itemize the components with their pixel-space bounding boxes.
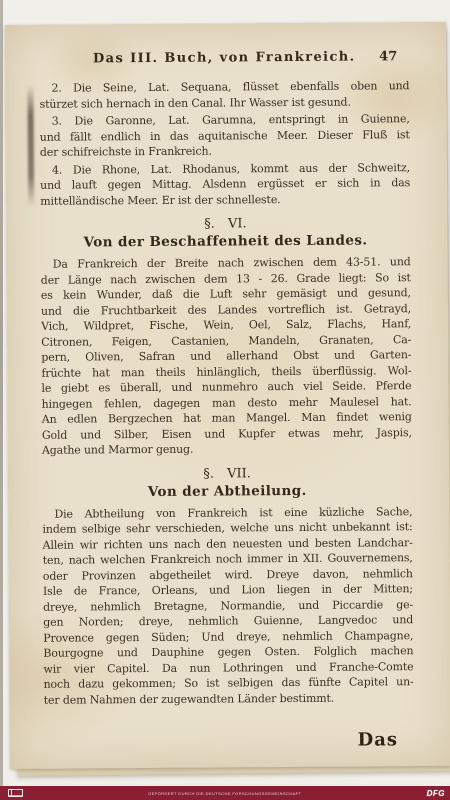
paragraph-rhone: 4. Die Rhone, Lat. Rhodanus, kommt aus d…: [40, 160, 410, 209]
section-heading-vii: Von der Abtheilung.: [42, 481, 412, 502]
text-line: An edlen Bergzechen hat man Mangel. Man …: [42, 409, 412, 427]
ink-stain: [27, 85, 34, 207]
text-line: stürzet sich hernach in den Canal. Ihr W…: [39, 94, 409, 112]
text-line: indem selbige sehr verschieden, welche u…: [42, 519, 412, 537]
page-number: 47: [379, 48, 397, 65]
text-line: 2. Die Seine, Lat. Sequana, flüsset eben…: [39, 78, 409, 96]
text-line: mittelländische Meer. Er ist der schnell…: [40, 191, 410, 209]
text-line: und lauft gegen Mittag. Alsdenn ergüsset…: [40, 175, 410, 193]
text-line: es kein Wunder, daß die Luft sehr gemäsi…: [41, 285, 411, 303]
running-header-title: Das III. Buch, von Frankreich.: [93, 50, 356, 67]
text-line: der schifreichste in Frankreich.: [40, 142, 410, 160]
text-line: und fällt endlich in das aquitanische Me…: [40, 127, 410, 145]
catchword: Das: [44, 729, 414, 753]
text-line: noch dazu gekommen; So ist selbigen das …: [44, 674, 414, 692]
text-line: Agathe und Marmor genug.: [42, 440, 412, 458]
library-logo-icon: [8, 789, 23, 797]
paragraph-seine: 2. Die Seine, Lat. Sequana, flüsset eben…: [39, 78, 409, 112]
text-line: pern, Oliven, Safran und allerhand Obst …: [41, 347, 411, 365]
section-vii-body: Die Abtheilung von Frankreich ist eine k…: [42, 504, 413, 708]
book-page: Das III. Buch, von Frankreich. 47 2. Die…: [5, 22, 450, 769]
dfg-logo: DFG: [427, 789, 445, 798]
text-line: Vich, Wildpret, Fische, Wein, Oel, Salz,…: [41, 316, 411, 334]
text-line: Da Frankreich der Breite nach zwischen d…: [41, 254, 411, 272]
text-line: ter dem Nahmen der zugewandten Länder be…: [44, 690, 414, 708]
digitization-footer-bar: GEFÖRDERT DURCH DIE DEUTSCHE FORSCHUNGSG…: [0, 786, 450, 800]
text-line: Gold und Silber, Eisen und Kupfer etwas …: [42, 425, 412, 443]
section-heading-vi: Von der Beschaffenheit des Landes.: [40, 231, 410, 252]
paragraph-garonne: 3. Die Garonne, Lat. Garumna, entspringt…: [40, 111, 410, 160]
text-line: le giebt es überall, und nunmehro auch v…: [41, 378, 411, 396]
text-line: ten, nach welchen Frankreich noch immer …: [43, 550, 413, 568]
scan-edge: [0, 0, 3, 786]
footer-caption: GEFÖRDERT DURCH DIE DEUTSCHE FORSCHUNGSG…: [23, 791, 427, 796]
running-header: Das III. Buch, von Frankreich. 47: [39, 48, 409, 68]
section-vi-body: Da Frankreich der Breite nach zwischen d…: [41, 254, 412, 458]
